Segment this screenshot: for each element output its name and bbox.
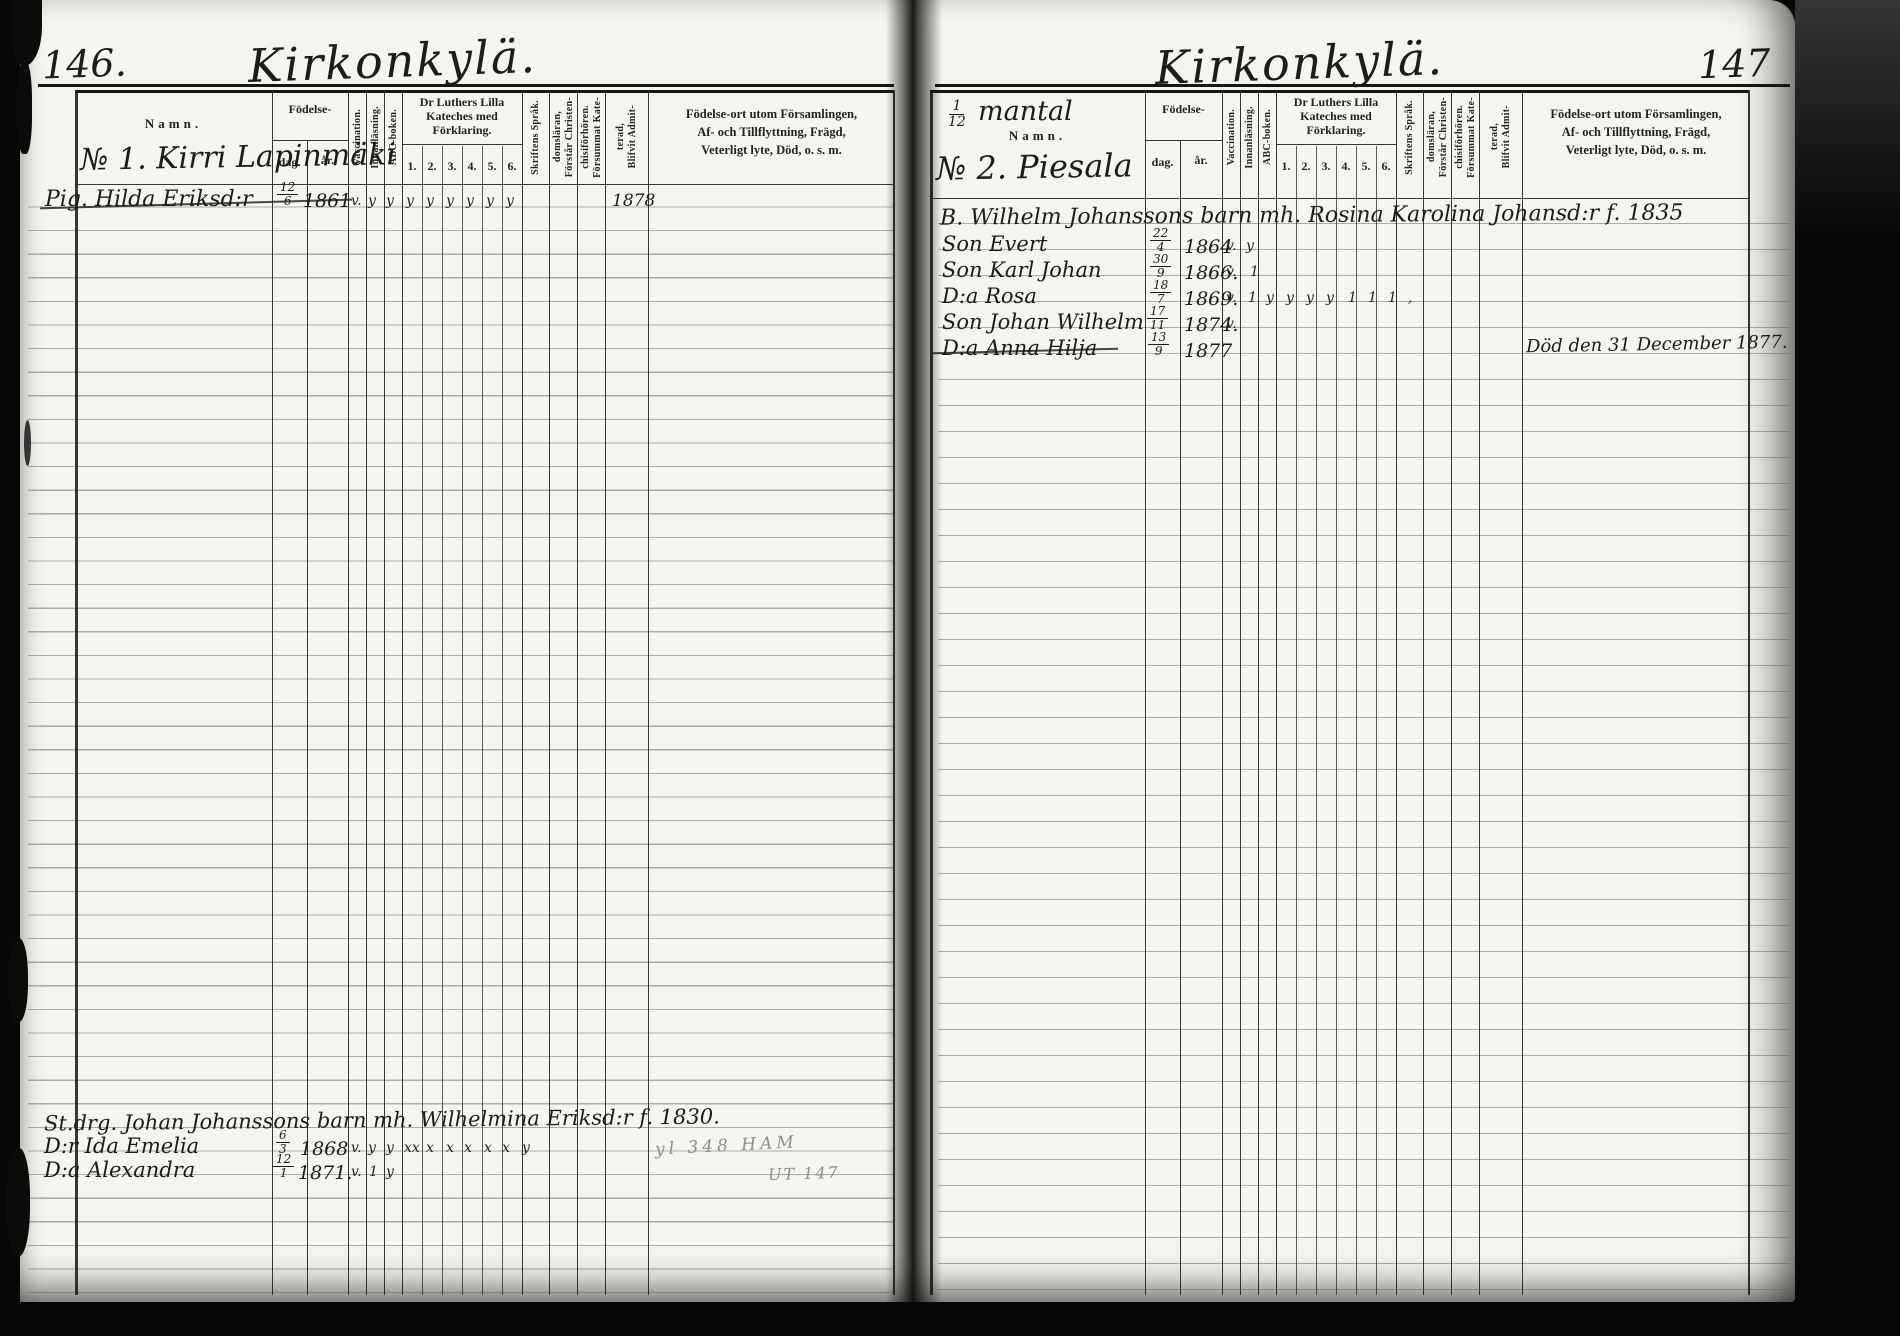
notes-header-3: Veterligt lyte, Död, o. s. m. bbox=[1524, 143, 1748, 158]
missed-label-2: chisiförhören. bbox=[1454, 105, 1465, 169]
admitted-label-1: Blifvit Admit- bbox=[627, 105, 638, 168]
mark: v. bbox=[351, 193, 362, 209]
scripture-column-header: Skriftens Språk. bbox=[522, 92, 549, 182]
admitted-label-2: terad, bbox=[615, 123, 626, 150]
catechism-header-1: Dr Luthers Lilla bbox=[402, 95, 522, 110]
mark: y bbox=[522, 1140, 530, 1156]
scan-speckle bbox=[8, 938, 28, 1022]
understands-column-header: Förstår Christen- domsläran, bbox=[549, 92, 577, 182]
reading-label: Innanläsning. bbox=[1244, 106, 1255, 169]
table-top-left bbox=[75, 90, 893, 93]
catechism-header-2: Kateches med bbox=[402, 109, 522, 124]
understands-column-header: Förstår Christen- domsläran, bbox=[1423, 92, 1451, 182]
catechism-grade-header: 1. bbox=[402, 159, 422, 174]
notes-header-2: Af- och Tillflyttning, Frägd, bbox=[1524, 125, 1748, 140]
mark: y bbox=[368, 1140, 376, 1156]
child-name: Son Evert bbox=[942, 232, 1047, 256]
mark: y bbox=[406, 193, 414, 209]
vaccination-column-header: Vaccination. bbox=[1222, 92, 1240, 182]
birth-month-value: 9 bbox=[1155, 345, 1163, 357]
birth-day-fraction: 13 9 bbox=[1148, 332, 1169, 357]
child-name: D:a Alexandra bbox=[44, 1158, 195, 1182]
title-underline-left bbox=[38, 84, 894, 87]
name-column-header: Namn. bbox=[75, 116, 272, 132]
mark: , bbox=[1408, 290, 1412, 306]
mark: x bbox=[464, 1140, 472, 1156]
catechism-grade-header: 2. bbox=[422, 159, 442, 174]
mark: y bbox=[1286, 290, 1294, 306]
missed-label-2: chisiförhören. bbox=[580, 105, 591, 169]
admitted-year-value: 1878 bbox=[612, 191, 655, 211]
catechism-grade-header: 5. bbox=[1356, 159, 1376, 174]
child-name: Son Johan Wilhelm bbox=[942, 310, 1144, 334]
missed-catechism-column-header: Försummat Kate- chisiförhören. bbox=[1451, 92, 1479, 182]
binding-gutter-shadow bbox=[886, 0, 942, 1302]
mark: y bbox=[368, 193, 376, 209]
table-line bbox=[1276, 90, 1277, 1295]
scripture-label: Skriftens Språk. bbox=[1404, 100, 1415, 175]
mark: y bbox=[426, 193, 434, 209]
mark: xx bbox=[404, 1140, 420, 1156]
register-scan: 146. Kirkonkylä. Namn. Födelse- dag. år.… bbox=[0, 0, 1900, 1336]
mark: x bbox=[446, 1140, 454, 1156]
scan-speckle bbox=[17, 62, 32, 154]
birth-day-fraction: 18 7 bbox=[1150, 280, 1171, 305]
understands-label-2: domsläran, bbox=[1426, 111, 1437, 162]
birth-month-value: 6 bbox=[284, 195, 292, 207]
right-page-number: 147 bbox=[1697, 41, 1771, 88]
mantal-fraction-bottom: 12 bbox=[948, 115, 966, 129]
table-line bbox=[1451, 90, 1452, 1295]
mark: v. bbox=[351, 1164, 362, 1180]
catechism-grade-header: 4. bbox=[1336, 159, 1356, 174]
household-heading-left: № 1. Kirri Lapinmäki bbox=[80, 137, 397, 178]
table-line bbox=[1316, 146, 1317, 1295]
birth-year-header: år. bbox=[1180, 153, 1222, 168]
catechism-grade-header: 1. bbox=[1276, 159, 1296, 174]
family-heading-right: B. Wilhelm Johanssons barn mh. Rosina Ka… bbox=[940, 200, 1684, 230]
table-line bbox=[1423, 90, 1424, 1295]
birth-day-fraction: 12 1 bbox=[273, 1154, 294, 1179]
understands-label-2: domsläran, bbox=[552, 111, 563, 162]
understands-label-1: Förstår Christen- bbox=[564, 97, 575, 177]
scripture-label: Skriftens Språk. bbox=[530, 100, 541, 175]
child-name: D:a Rosa bbox=[942, 284, 1037, 308]
catechism-header-3: Förklaring. bbox=[402, 123, 522, 138]
mark: v. bbox=[1226, 290, 1237, 306]
child-name: Son Karl Johan bbox=[942, 258, 1102, 282]
table-line bbox=[1240, 90, 1241, 1295]
mark: x bbox=[484, 1140, 492, 1156]
mark: 1 bbox=[1250, 264, 1259, 280]
catechism-split-line bbox=[402, 144, 522, 145]
catechism-grade-header: 3. bbox=[1316, 159, 1336, 174]
mantal-label: mantal bbox=[978, 96, 1073, 127]
birth-day-header: dag. bbox=[1145, 155, 1180, 170]
mark: x bbox=[426, 1140, 434, 1156]
mark: x bbox=[502, 1140, 510, 1156]
catechism-grade-header: 6. bbox=[502, 159, 522, 174]
table-line bbox=[1479, 90, 1480, 1295]
missed-label-1: Försummat Kate- bbox=[1466, 97, 1477, 178]
notes-header-1: Födelse-ort utom Församlingen, bbox=[1524, 107, 1748, 122]
birth-column-header: Födelse- bbox=[1145, 102, 1222, 117]
header-bottom-left bbox=[75, 184, 893, 185]
birth-day-fraction: 22 4 bbox=[1150, 228, 1171, 253]
birth-year-value: 1871. bbox=[298, 1162, 352, 1184]
mark: 1 bbox=[1368, 290, 1377, 306]
mark: v. bbox=[351, 1140, 362, 1156]
name-column-header: Namn. bbox=[930, 128, 1145, 144]
table-line bbox=[1180, 140, 1181, 1295]
birth-day-fraction: 17 11 bbox=[1147, 306, 1168, 331]
mark: y bbox=[466, 193, 474, 209]
birth-year-value: 1861 bbox=[303, 190, 351, 212]
birth-column-header: Födelse- bbox=[272, 102, 348, 117]
catechism-header-2: Kateches med bbox=[1276, 109, 1396, 124]
mark: y bbox=[386, 193, 394, 209]
missed-label-1: Försummat Kate- bbox=[592, 97, 603, 178]
birth-year-value: 1868 bbox=[300, 1138, 348, 1160]
mark: 1 bbox=[1388, 290, 1397, 306]
catechism-grade-header: 6. bbox=[1376, 159, 1396, 174]
missed-catechism-column-header: Försummat Kate- chisiförhören. bbox=[577, 92, 605, 182]
understands-label-1: Förstår Christen- bbox=[1438, 97, 1449, 177]
catechism-grade-header: 2. bbox=[1296, 159, 1316, 174]
abc-book-column-header: ABC-boken. bbox=[1258, 92, 1276, 182]
notes-header-2: Af- och Tillflyttning, Frägd, bbox=[650, 125, 893, 140]
admitted-column-header: Blifvit Admit- terad, bbox=[605, 92, 648, 182]
mark: v. bbox=[1226, 238, 1237, 254]
mark: y bbox=[506, 193, 514, 209]
catechism-header-3: Förklaring. bbox=[1276, 123, 1396, 138]
notes-header-1: Födelse-ort utom Församlingen, bbox=[650, 107, 893, 122]
mantal-fraction-top: 1 bbox=[949, 100, 964, 115]
table-top-right bbox=[930, 90, 1748, 93]
mark: y bbox=[1246, 238, 1254, 254]
mark: y bbox=[486, 193, 494, 209]
edge-haze bbox=[1795, 0, 1900, 280]
catechism-split-line bbox=[1276, 144, 1396, 145]
table-line bbox=[1522, 90, 1523, 1295]
admitted-label-2: terad, bbox=[1489, 123, 1500, 150]
birth-split-line bbox=[1145, 140, 1222, 141]
mark: y bbox=[1326, 290, 1334, 306]
birth-month-value: 1 bbox=[280, 1167, 288, 1179]
table-line bbox=[1376, 146, 1377, 1295]
admitted-label-1: Blifvit Admit- bbox=[1501, 105, 1512, 168]
header-bottom-right bbox=[930, 198, 1748, 199]
mark: v. bbox=[1226, 264, 1237, 280]
abc-book-label: ABC-boken. bbox=[1262, 109, 1273, 165]
mark: y bbox=[446, 193, 454, 209]
mark: y bbox=[1266, 290, 1274, 306]
scan-speckle bbox=[24, 420, 31, 466]
table-line bbox=[1748, 90, 1750, 1295]
mark: y bbox=[386, 1164, 394, 1180]
mantal-fraction: 1 12 bbox=[948, 100, 966, 129]
household-heading-right: № 2. Piesala bbox=[936, 146, 1133, 187]
mark: 1 bbox=[1348, 290, 1357, 306]
catechism-grade-header: 3. bbox=[442, 159, 462, 174]
table-line bbox=[1356, 146, 1357, 1295]
admitted-column-header: Blifvit Admit- terad, bbox=[1479, 92, 1522, 182]
mark: v. bbox=[1226, 316, 1237, 332]
title-underline-right bbox=[935, 84, 1790, 87]
child-name: D:r Ida Emelia bbox=[44, 1134, 199, 1158]
table-line bbox=[1296, 146, 1297, 1295]
birth-day-fraction: 12 6 bbox=[277, 182, 298, 207]
vaccination-label: Vaccination. bbox=[1226, 109, 1237, 165]
notes-header-3: Veterligt lyte, Död, o. s. m. bbox=[650, 143, 893, 158]
left-page-number: 146. bbox=[41, 41, 127, 88]
table-line bbox=[1336, 146, 1337, 1295]
catechism-grade-header: 4. bbox=[462, 159, 482, 174]
table-line bbox=[1396, 90, 1397, 1295]
catechism-grade-header: 5. bbox=[482, 159, 502, 174]
mark: 1 bbox=[369, 1164, 378, 1180]
mark: y bbox=[1306, 290, 1314, 306]
catechism-header-1: Dr Luthers Lilla bbox=[1276, 95, 1396, 110]
birth-year-value: 1877 bbox=[1184, 340, 1232, 362]
pencil-note-2: UT 147 bbox=[768, 1163, 840, 1184]
scripture-column-header: Skriftens Språk. bbox=[1396, 92, 1423, 182]
mark: 1 bbox=[1248, 290, 1257, 306]
birth-day-fraction: 30 9 bbox=[1150, 254, 1171, 279]
scan-speckle bbox=[6, 1148, 30, 1256]
mark: y bbox=[386, 1140, 394, 1156]
table-line bbox=[1145, 90, 1146, 1295]
reading-column-header: Innanläsning. bbox=[1240, 92, 1258, 182]
